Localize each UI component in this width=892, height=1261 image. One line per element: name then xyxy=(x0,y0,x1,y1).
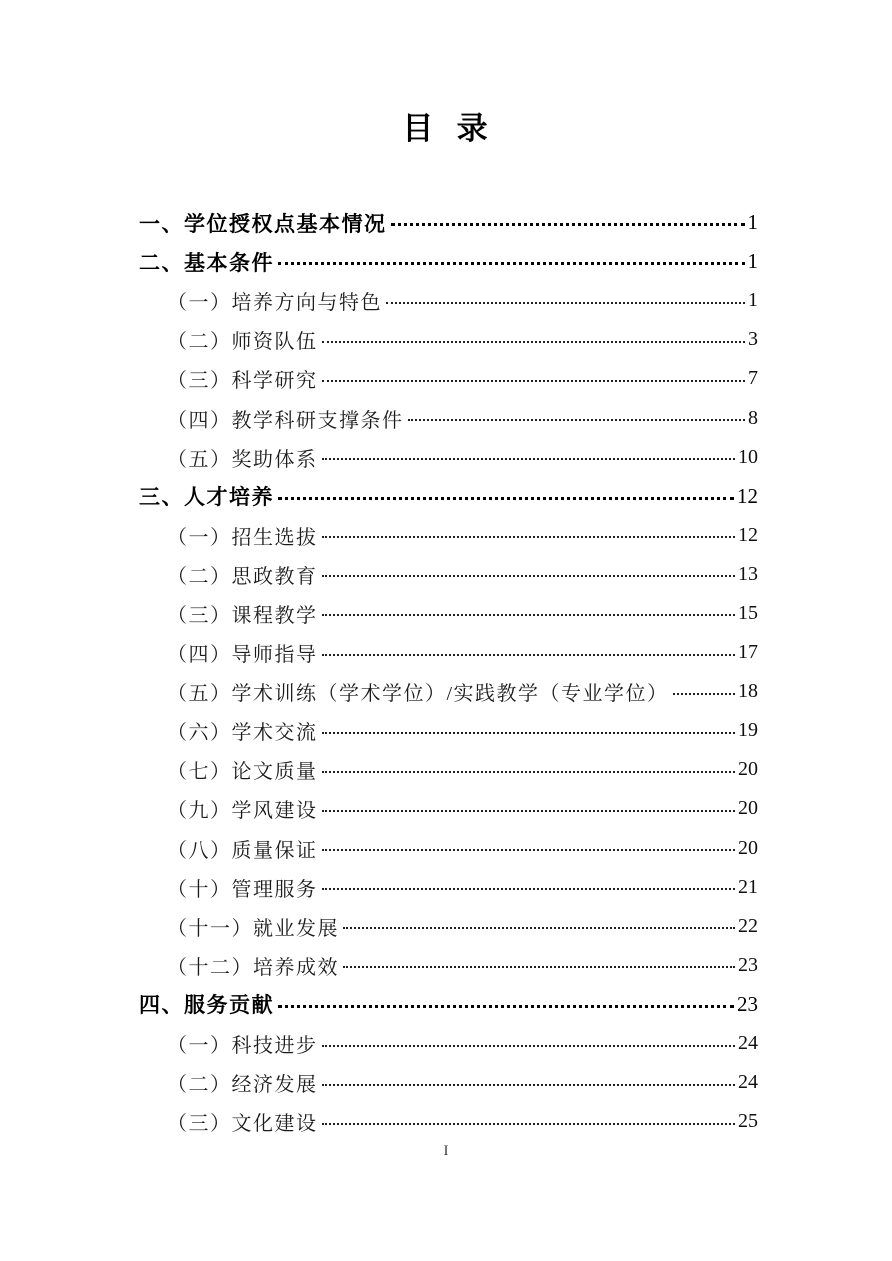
toc-entry-label: （十二）培养成效 xyxy=(167,951,339,980)
toc-entry-label: 一、学位授权点基本情况 xyxy=(139,208,387,238)
dot-leader xyxy=(278,497,734,500)
toc-entry-label: （三）文化建设 xyxy=(167,1107,318,1136)
dot-leader xyxy=(322,1045,736,1047)
toc-entry-page: 20 xyxy=(738,797,758,820)
toc-entry-label: （五）学术训练（学术学位）/实践教学（专业学位） xyxy=(167,677,669,706)
toc-entry[interactable]: （二）师资队伍 3 xyxy=(139,320,758,359)
dot-leader xyxy=(322,380,746,382)
dot-leader xyxy=(343,927,735,929)
dot-leader xyxy=(343,966,735,968)
toc-entry-page: 25 xyxy=(738,1110,758,1133)
dot-leader xyxy=(673,693,735,695)
toc-entry-label: （二）经济发展 xyxy=(167,1068,318,1097)
toc-entry-label: （一）培养方向与特色 xyxy=(167,286,382,315)
toc-entry-page: 12 xyxy=(738,524,758,547)
toc-entry-page: 13 xyxy=(738,563,758,586)
toc-entry-page: 1 xyxy=(748,289,758,312)
toc-entry-label: 三、人才培养 xyxy=(139,481,274,511)
page-title: 目 录 xyxy=(0,103,892,148)
dot-leader xyxy=(322,849,736,851)
toc-entry-page: 8 xyxy=(748,407,758,430)
toc-entry[interactable]: （二）思政教育 13 xyxy=(139,555,758,594)
toc-entry-label: （七）论文质量 xyxy=(167,755,318,784)
toc-entry-page: 18 xyxy=(738,680,758,703)
dot-leader xyxy=(322,536,736,538)
toc-entry[interactable]: （一）科技进步 24 xyxy=(139,1024,758,1063)
dot-leader xyxy=(322,810,736,812)
toc-entry-label: 二、基本条件 xyxy=(139,247,274,277)
dot-leader xyxy=(322,341,746,343)
toc-entry[interactable]: （七）论文质量 20 xyxy=(139,750,758,789)
toc-entry-page: 19 xyxy=(738,719,758,742)
dot-leader xyxy=(278,262,745,265)
toc-entry[interactable]: （二）经济发展 24 xyxy=(139,1063,758,1102)
toc-entry-page: 3 xyxy=(748,328,758,351)
dot-leader xyxy=(391,223,745,226)
toc-entry-page: 20 xyxy=(738,758,758,781)
dot-leader xyxy=(322,732,736,734)
toc-entry[interactable]: 三、人才培养 12 xyxy=(139,477,758,516)
toc-list: 一、学位授权点基本情况 1 二、基本条件 1 （一）培养方向与特色 1 （二）师… xyxy=(139,203,758,1141)
toc-entry[interactable]: （八）质量保证 20 xyxy=(139,829,758,868)
dot-leader xyxy=(322,614,736,616)
toc-entry-label: （三）课程教学 xyxy=(167,599,318,628)
footer-page-number: I xyxy=(0,1143,892,1160)
toc-entry-page: 20 xyxy=(738,837,758,860)
document-page: 目 录 一、学位授权点基本情况 1 二、基本条件 1 （一）培养方向与特色 1 … xyxy=(0,0,892,1261)
toc-entry-label: （四）教学科研支撑条件 xyxy=(167,404,404,433)
toc-entry-page: 24 xyxy=(738,1032,758,1055)
toc-entry-label: （九）学风建设 xyxy=(167,794,318,823)
toc-entry[interactable]: （四）教学科研支撑条件 8 xyxy=(139,398,758,437)
toc-entry-label: （六）学术交流 xyxy=(167,716,318,745)
toc-entry[interactable]: （四）导师指导 17 xyxy=(139,633,758,672)
toc-entry-page: 23 xyxy=(738,954,758,977)
toc-entry-label: （二）思政教育 xyxy=(167,560,318,589)
dot-leader xyxy=(322,771,736,773)
toc-entry-page: 10 xyxy=(738,446,758,469)
toc-entry[interactable]: 二、基本条件 1 xyxy=(139,242,758,281)
toc-entry[interactable]: （六）学术交流 19 xyxy=(139,711,758,750)
toc-entry[interactable]: （三）课程教学 15 xyxy=(139,594,758,633)
toc-entry-label: （一）招生选拔 xyxy=(167,521,318,550)
toc-entry[interactable]: （五）奖助体系 10 xyxy=(139,438,758,477)
toc-entry[interactable]: （十二）培养成效 23 xyxy=(139,946,758,985)
toc-entry-page: 1 xyxy=(748,210,759,235)
dot-leader xyxy=(386,302,745,304)
toc-entry-label: （八）质量保证 xyxy=(167,834,318,863)
toc-entry[interactable]: （五）学术训练（学术学位）/实践教学（专业学位） 18 xyxy=(139,672,758,711)
dot-leader xyxy=(322,654,736,656)
toc-entry[interactable]: （十一）就业发展 22 xyxy=(139,907,758,946)
toc-entry-page: 15 xyxy=(738,602,758,625)
toc-entry-page: 7 xyxy=(748,367,758,390)
toc-entry[interactable]: （九）学风建设 20 xyxy=(139,789,758,828)
toc-entry[interactable]: （三）科学研究 7 xyxy=(139,359,758,398)
toc-entry-label: （四）导师指导 xyxy=(167,638,318,667)
toc-entry-label: （三）科学研究 xyxy=(167,364,318,393)
dot-leader xyxy=(322,575,736,577)
dot-leader xyxy=(278,1005,734,1008)
toc-entry-label: （一）科技进步 xyxy=(167,1029,318,1058)
toc-entry-page: 22 xyxy=(738,915,758,938)
toc-entry-label: 四、服务贡献 xyxy=(139,989,274,1019)
toc-entry-label: （十一）就业发展 xyxy=(167,912,339,941)
dot-leader xyxy=(322,888,736,890)
dot-leader xyxy=(322,1084,736,1086)
toc-entry-page: 21 xyxy=(738,876,758,899)
toc-entry-page: 1 xyxy=(748,249,759,274)
toc-entry-page: 23 xyxy=(737,992,758,1017)
dot-leader xyxy=(322,458,736,460)
toc-entry[interactable]: 一、学位授权点基本情况 1 xyxy=(139,203,758,242)
toc-entry[interactable]: （三）文化建设 25 xyxy=(139,1102,758,1141)
toc-entry-label: （二）师资队伍 xyxy=(167,325,318,354)
toc-entry[interactable]: （十）管理服务 21 xyxy=(139,868,758,907)
dot-leader xyxy=(322,1123,736,1125)
toc-entry-page: 17 xyxy=(738,641,758,664)
toc-entry-label: （五）奖助体系 xyxy=(167,443,318,472)
dot-leader xyxy=(408,419,746,421)
toc-entry-page: 12 xyxy=(737,484,758,509)
toc-entry[interactable]: （一）招生选拔 12 xyxy=(139,516,758,555)
toc-entry-label: （十）管理服务 xyxy=(167,873,318,902)
toc-entry[interactable]: （一）培养方向与特色 1 xyxy=(139,281,758,320)
toc-entry-page: 24 xyxy=(738,1071,758,1094)
toc-entry[interactable]: 四、服务贡献 23 xyxy=(139,985,758,1024)
